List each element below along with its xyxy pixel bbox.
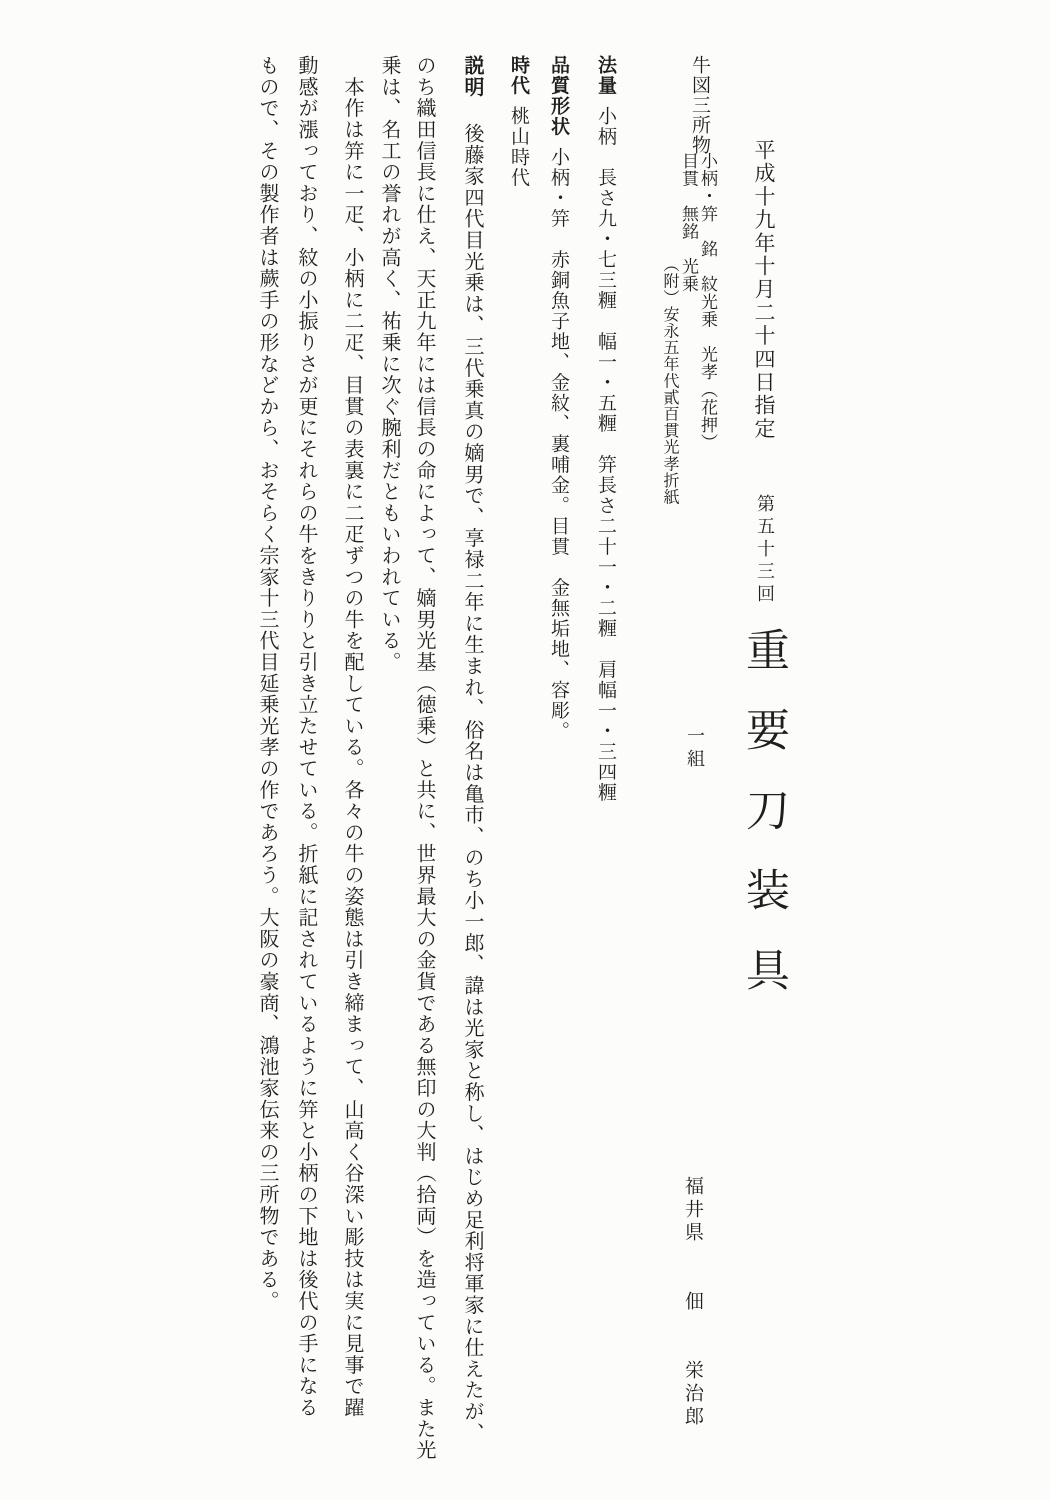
item-name: 牛図三所物 <box>690 55 709 155</box>
item-menuki-mei: 目貫 無銘 光乗 <box>680 152 697 293</box>
description-column-6: もので、その製作者は蕨手の形などから、おそらく宗家十三代目延乗光孝の作であろう。… <box>257 55 277 1312</box>
field-measurements-value: 小柄 長さ九・七三糎 幅一・五糎 笄長さ二十一・二糎 肩幅一・三四糎 <box>595 106 616 803</box>
field-measurements: 法量小柄 長さ九・七三糎 幅一・五糎 笄長さ二十一・二糎 肩幅一・三四糎 <box>596 55 615 803</box>
description-column-2: のち織田信長に仕え、天正九年には信長の命によって、嫡男光基（徳乗）と共に、世界最… <box>414 55 434 1461</box>
item-attachment-origami: （附）安永五年代貳百貫光孝折紙 <box>661 256 677 505</box>
owner-name: 福井県 佃 栄治郎 <box>683 1176 702 1429</box>
field-era: 時代桃山時代 <box>509 55 528 188</box>
designation-date: 平成十九年十月二十四日指定 <box>753 139 774 441</box>
item-kozuka-kogai-mei: 小柄・笄 銘 紋光乗 光孝（花押） <box>699 152 716 451</box>
field-era-value: 桃山時代 <box>508 106 529 188</box>
session-number: 第五十三回 <box>756 494 774 607</box>
description-text-1: 後藤家四代目光乗は、三代乗真の嫡男で、享禄二年に生まれ、俗名は亀市、のち小一郎、… <box>461 102 483 1444</box>
field-measurements-label: 法量 <box>595 55 616 96</box>
certificate-page: 平成十九年十月二十四日指定 第五十三回 重要刀装具 牛図三所物 小柄・笄 銘 紋… <box>0 0 1050 1500</box>
description-column-5: 動感が漲っており、紋の小振りさが更にそれらの牛をきりりと引き立たせている。折紙に… <box>296 55 316 1418</box>
field-era-label: 時代 <box>508 55 529 96</box>
description-column-1: 説明 後藤家四代目光乗は、三代乗真の嫡男で、享禄二年に生まれ、俗名は亀市、のち小… <box>462 55 482 1444</box>
description-label: 説明 <box>461 55 483 98</box>
description-column-3: 乗は、名工の誉れが高く、祐乗に次ぐ腕利だともいわれている。 <box>379 55 399 673</box>
field-quality-shape: 品質形状小柄・笄 赤銅魚子地、金紋、裏哺金。目貫 金無垢地、容彫。 <box>549 55 568 742</box>
field-quality-shape-value: 小柄・笄 赤銅魚子地、金紋、裏哺金。目貫 金無垢地、容彫。 <box>548 147 569 742</box>
item-quantity: 一組 <box>686 726 704 772</box>
field-quality-shape-label: 品質形状 <box>548 55 569 137</box>
certificate-title: 重要刀装具 <box>741 627 785 1027</box>
description-column-4: 本作は笄に一疋、小柄に二疋、目貫の表裏に二疋ずつの牛を配している。各々の牛の姿態… <box>342 55 362 1418</box>
